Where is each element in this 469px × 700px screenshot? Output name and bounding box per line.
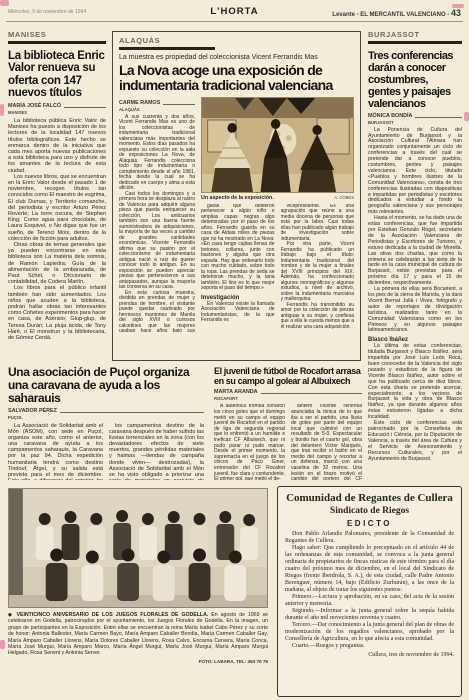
byline-burjassot: MÓNICA BONDÍA — [368, 113, 462, 119]
edicto-notice: Comunidad de Regantes de Cullera Sindica… — [277, 486, 462, 697]
byline-rocafort: MARTA ARANDA — [214, 389, 362, 395]
section-bar — [8, 41, 106, 44]
byline-rule — [163, 104, 195, 105]
paragraph: lantero Vicente Niñerola anunciaba la tó… — [291, 404, 362, 480]
paragraph: gatas que debieron pertenecer a algún ni… — [201, 204, 275, 292]
article-column-1: CARME RAMOS ALAQUÀS A sus cuarenta y dos… — [119, 97, 195, 332]
dateline-burjassot: BURJASSOT — [368, 120, 462, 125]
byline-manises: MARÍA JOSÉ FALCÓ — [8, 103, 106, 109]
article-column-1: A auténtica tromba sonaron los cinco gol… — [214, 404, 285, 480]
edicto-date: Cullera, tres de noviembre de 1994. — [285, 652, 454, 658]
section-label-alaquas: ALAQUÀS — [119, 36, 215, 45]
byline-name: MARÍA JOSÉ FALCÓ — [8, 103, 61, 109]
edicto-label: EDICTO — [285, 519, 454, 528]
paragraph: Primero.—Lectura y aprobación, en su cas… — [285, 594, 454, 608]
paragraph: Cuarto.—Ruegos y preguntas. — [285, 643, 454, 650]
paragraph: Segundo.—Informar a la junta general sob… — [285, 608, 454, 622]
edicto-title: Comunidad de Regantes de Cullera — [285, 492, 454, 504]
section-label-burjassot: BURJASSOT — [368, 30, 462, 39]
dateline-rocafort: ROCAFORT — [214, 396, 362, 401]
edition-line: Levante - EL MERCANTIL VALENCIANO - 43 — [332, 8, 461, 18]
paragraph: Casi todos los domingos y a primera hora… — [119, 192, 195, 291]
paragraph: Este ciclo de conferencias está patrocin… — [368, 421, 462, 462]
byline-rule — [64, 107, 106, 108]
photo-caption: Un aspecto de la exposición. — [201, 195, 274, 201]
paragraph: Otras obras de temas generales que ya pu… — [8, 242, 106, 285]
paragraph: Por otra parte, Vicent Ferrandis ha publ… — [281, 242, 355, 303]
byline-name: MARTA ARANDA — [214, 389, 258, 395]
paragraph: A sus cuarenta y dos años, Vicent Ferran… — [119, 115, 195, 192]
photo-credit: A. COBES — [334, 195, 354, 200]
paragraph: vicepresidente. Es una agrupación que re… — [281, 204, 355, 243]
section-label-manises: MANISES — [8, 30, 106, 39]
paragraph: Ferrandis ha transmitido su amor por la … — [281, 303, 355, 330]
ink-mark — [452, 4, 464, 8]
article-burjassot: BURJASSOT Tres conferencias darán a cono… — [368, 30, 462, 478]
article-column-3: vicepresidente. Es una agrupación que re… — [281, 204, 355, 330]
section-bar — [119, 47, 215, 50]
article-rocafort: El juvenil de fútbol de Rocafort arrasa … — [214, 366, 362, 480]
headline-alaquas: La Nova acoge una exposición de indument… — [119, 63, 354, 94]
article-column-2: lantero Vicente Niñerola anunciaba la tó… — [291, 404, 362, 480]
paragraph: Tercero.—Dar conocimiento a la junta gen… — [285, 622, 454, 643]
header-rule — [6, 21, 463, 22]
paragraph: La Associació de Solidaritat amb el Món … — [8, 423, 103, 480]
article-column-2: gatas que debieron pertenecer a algún ni… — [201, 204, 275, 330]
dateline-pucol: PUÇOL — [8, 415, 204, 420]
subhead-investigacion: Investigación — [201, 295, 275, 301]
byline-name: MÓNICA BONDÍA — [368, 113, 412, 119]
article-column-1: La Associació de Solidaritat amb el Món … — [8, 423, 103, 480]
exposition-photo — [201, 97, 354, 193]
paragraph: La última de estas conferencias, titulad… — [368, 344, 462, 421]
byline-rule — [415, 117, 462, 118]
byline-rule — [261, 393, 362, 394]
byline-name: CARME RAMOS — [119, 100, 160, 106]
paragraph: Hasta el momento, se ha dado una de esta… — [368, 216, 462, 287]
paragraph: Los libros para el público infantil tamb… — [8, 285, 106, 341]
paragraph: En esta curiosa muestra, dividida en pre… — [119, 291, 195, 332]
newspaper-page: Miércoles, 9 de noviembre de 1994 L'HORT… — [0, 0, 469, 700]
headline-burjassot: Tres conferencias darán a conocer costum… — [368, 50, 462, 110]
godella-group-photo — [8, 488, 268, 608]
paragraph: La Ponencia de Cultura del Ayuntamiento … — [368, 128, 462, 217]
paragraph: La biblioteca pública Enric Valor de Man… — [8, 118, 106, 174]
paragraph: Hago saber: Que cumpliendo lo preceptuad… — [285, 545, 454, 594]
paragraph: En Valencia existe la llamada Asociación… — [201, 302, 275, 324]
byline-rule — [60, 412, 204, 413]
edition-name: Levante - EL MERCANTIL VALENCIANO - — [332, 12, 451, 18]
ink-mark — [0, 0, 9, 6]
page-number: 43 — [451, 8, 461, 18]
section-bar — [368, 41, 462, 44]
paragraph: La primera de ellas será Bocairent, a lo… — [368, 287, 462, 334]
godella-caption: ◆ VEINTICINCO ANIVERSARIO DE LOS JUEGOS … — [8, 612, 268, 696]
ink-mark — [464, 112, 469, 121]
paragraph: Don Pablo Arlandis Palomares, presidente… — [285, 531, 454, 545]
kicker-alaquas: La muestra es propiedad del coleccionist… — [119, 54, 354, 61]
paragraph: A auténtica tromba sonaron los cinco gol… — [214, 404, 285, 480]
paragraph: los campamentos destino de la caravana d… — [109, 423, 204, 480]
paragraph: Los nuevos libros, que se encuentran en … — [8, 174, 106, 242]
godella-caption-text: En agosto de 1969 se celebraron en Godel… — [8, 612, 268, 656]
article-manises: MANISES La biblioteca Enric Valor renuev… — [8, 30, 106, 364]
article-alaquas: ALAQUÀS La muestra es propiedad del cole… — [112, 31, 361, 361]
article-column-2: los campamentos destino de la caravana d… — [109, 423, 204, 480]
headline-pucol: Una asociación de Puçol organiza una car… — [8, 366, 204, 405]
godella-photo-credit: FOTO: LABARA. TEL: 363 70 79 — [8, 659, 268, 665]
byline-pucol: SALVADOR PÉREZ — [8, 408, 204, 414]
edicto-subtitle: Sindicato de Riegos — [285, 506, 454, 516]
ink-mark — [0, 640, 5, 649]
dateline-manises: MANISES — [8, 110, 106, 115]
body-manises: La biblioteca pública Enric Valor de Man… — [8, 118, 106, 341]
headline-rocafort: El juvenil de fútbol de Rocafort arrasa … — [214, 366, 362, 386]
headline-manises: La biblioteca Enric Valor renueva su ofe… — [8, 50, 106, 100]
article-pucol: Una asociación de Puçol organiza una car… — [8, 366, 204, 480]
byline-name: SALVADOR PÉREZ — [8, 408, 57, 414]
ink-mark — [0, 104, 4, 116]
byline-alaquas: CARME RAMOS — [119, 100, 195, 106]
dateline-alaquas: ALAQUÀS — [119, 107, 195, 112]
godella-caption-lead: ◆ VEINTICINCO ANIVERSARIO DE LOS JUEGOS … — [8, 612, 208, 618]
